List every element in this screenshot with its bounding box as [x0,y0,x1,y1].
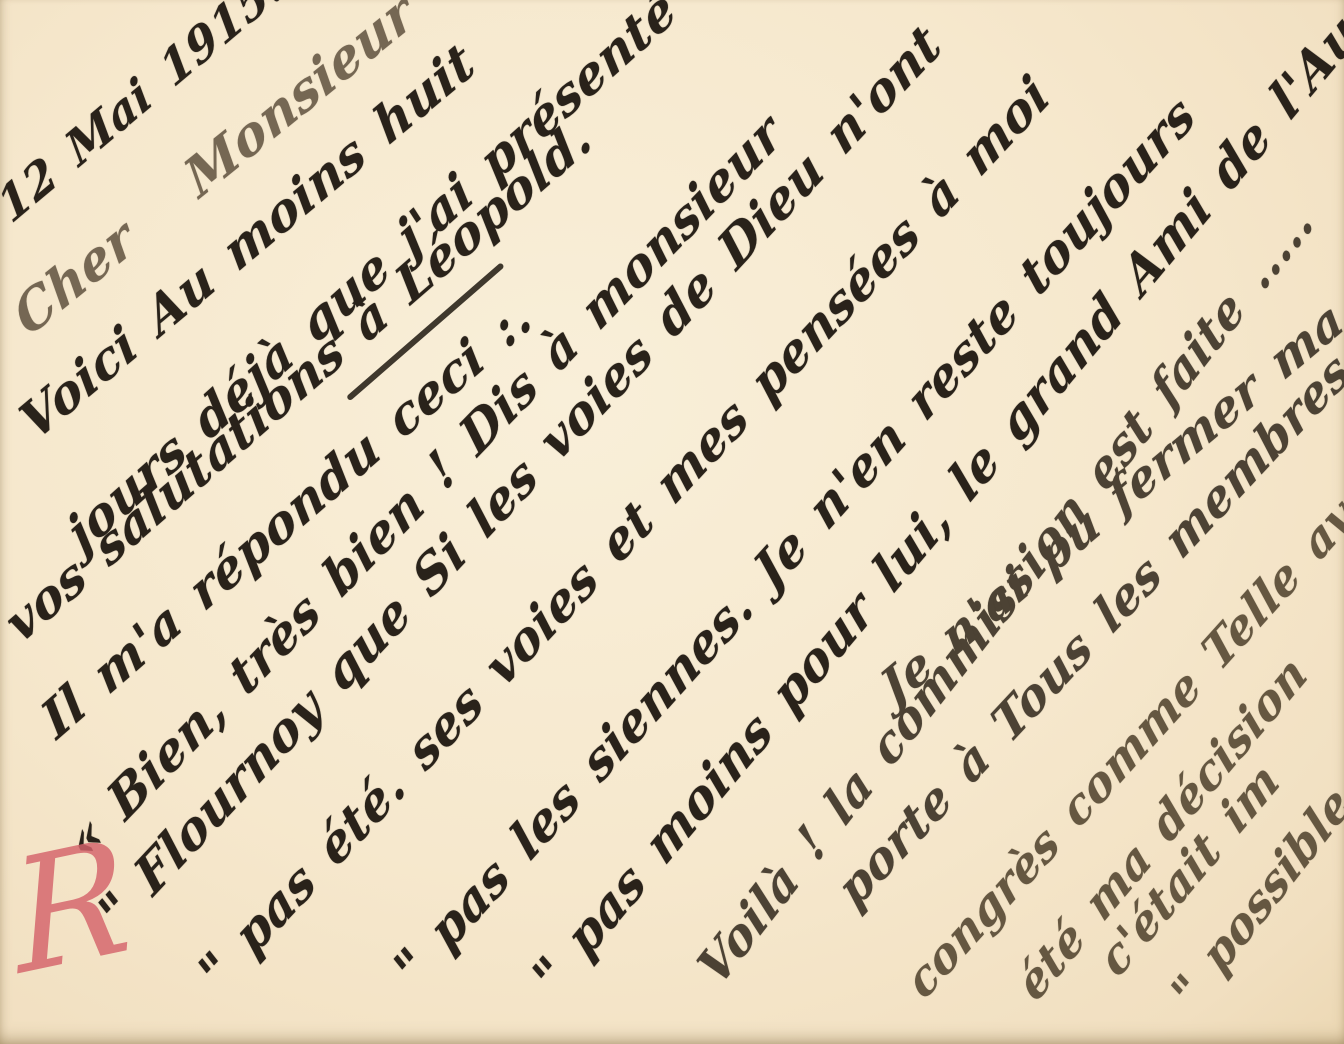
archival-mark-r: R [6,818,136,997]
letter-paper: 12 Mai 1915. Cher Monsieur Voici Au moin… [0,0,1344,1044]
